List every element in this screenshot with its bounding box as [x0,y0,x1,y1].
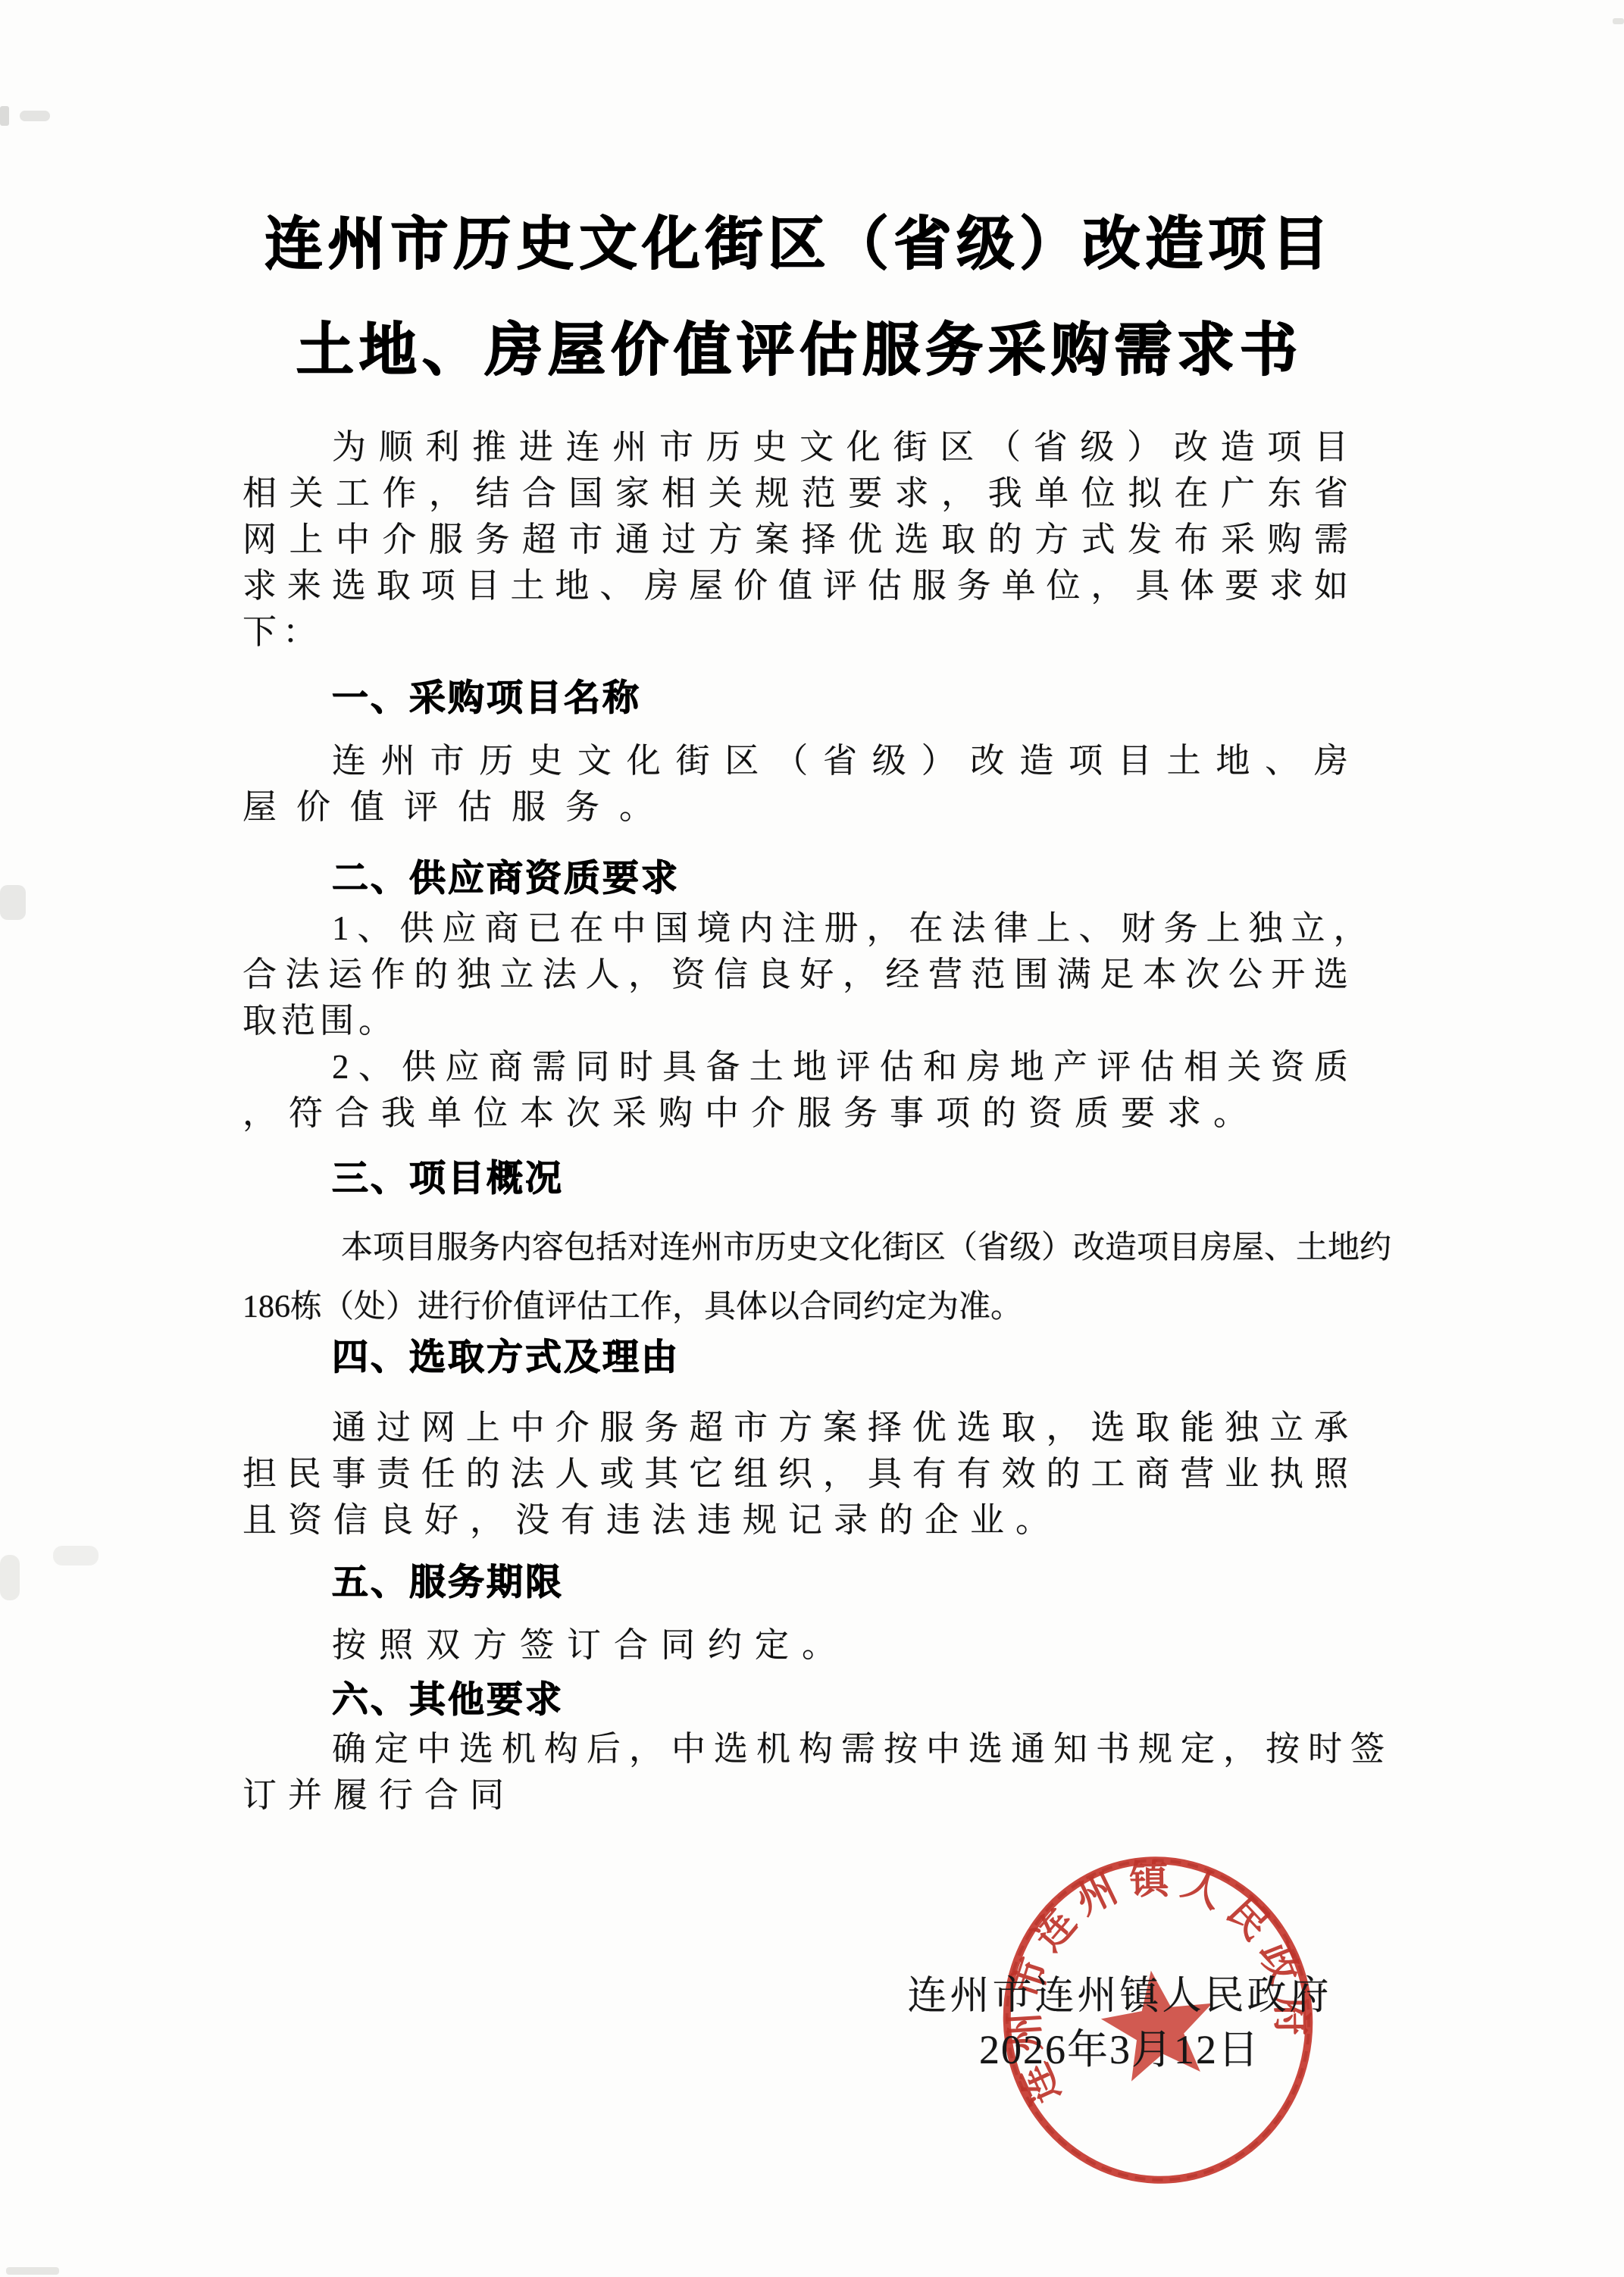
paragraph-line: 通过网上中介服务超市方案择优选取，选取能独立承 [243,1405,1356,1451]
signature-org: 连州市连州镇人民政府 [898,1973,1341,2020]
scan-artifact [53,1546,99,1565]
paragraph-line: 合法运作的独立法人，资信良好，经营范围满足本次公开选 [243,952,1356,998]
scan-artifact [0,1555,20,1600]
section-1-paragraph: 连州市历史文化街区（省级）改造项目土地、房 屋价值评估服务。 [243,738,1356,830]
scanned-document-page: 连州市历史文化街区（省级）改造项目 土地、房屋价值评估服务采购需求书 为顺利推进… [0,0,1624,2277]
section-heading-3: 三、项目概况 [332,1159,1356,1199]
scan-artifact [1613,18,1624,24]
scan-artifact [6,2267,59,2275]
paragraph-line: 担民事责任的法人或其它组织，具有有效的工商营业执照 [243,1451,1356,1497]
section-heading-2: 二、供应商资质要求 [332,859,1356,899]
section-heading-4: 四、选取方式及理由 [332,1338,1356,1378]
scan-artifact [0,106,9,126]
paragraph-line: 屋价值评估服务。 [243,784,1356,830]
paragraph-line: 本项目服务内容包括对连州市历史文化街区（省级）改造项目房屋、土地约 [243,1218,1379,1278]
section-5-paragraph: 按照双方签订合同约定。 [243,1622,1356,1669]
intro-paragraph: 为顺利推进连州市历史文化街区（省级）改造项目 相关工作，结合国家相关规范要求，我… [243,424,1356,655]
document-title-line2: 土地、房屋价值评估服务采购需求书 [243,321,1356,381]
section-4-paragraph: 通过网上中介服务超市方案择优选取，选取能独立承 担民事责任的法人或其它组织，具有… [243,1405,1356,1544]
paragraph-line: 186栋（处）进行价值评估工作，具体以合同约定为准。 [243,1278,1379,1337]
signature-block: 连州市连州镇人民政府 2026年3月12日 [898,1973,1341,2073]
paragraph-line: 订并履行合同 [243,1772,1356,1819]
paragraph-line: 相关工作，结合国家相关规范要求，我单位拟在广东省 [243,471,1356,517]
section-heading-5: 五、服务期限 [332,1563,1356,1603]
section-heading-6: 六、其他要求 [332,1681,1356,1720]
paragraph-line: 1、供应商已在中国境内注册，在法律上、财务上独立， [243,905,1356,952]
paragraph-line: 连州市历史文化街区（省级）改造项目土地、房 [243,738,1356,784]
paragraph-line: 取范围。 [243,998,1356,1044]
section-6-paragraph: 确定中选机构后，中选机构需按中选通知书规定，按时签 订并履行合同 [243,1726,1356,1819]
paragraph-line: 且资信良好，没有违法违规记录的企业。 [243,1497,1356,1544]
paragraph-line: 下： [243,609,1356,655]
section-heading-1: 一、采购项目名称 [332,679,1356,718]
paragraph-line: 确定中选机构后，中选机构需按中选通知书规定，按时签 [243,1726,1356,1772]
paragraph-line: 2、供应商需同时具备土地评估和房地产评估相关资质 [243,1044,1356,1090]
signature-date: 2026年3月12日 [898,2026,1341,2073]
document-title-line1: 连州市历史文化街区（省级）改造项目 [243,214,1356,275]
section-2-paragraph-2: 2、供应商需同时具备土地评估和房地产评估相关资质 ，符合我单位本次采购中介服务事… [243,1044,1356,1137]
paragraph-line: 求来选取项目土地、房屋价值评估服务单位，具体要求如 [243,563,1356,609]
paragraph-line: 网上中介服务超市通过方案择优选取的方式发布采购需 [243,517,1356,563]
paragraph-line: 按照双方签订合同约定。 [243,1622,1356,1669]
document-content: 连州市历史文化街区（省级）改造项目 土地、房屋价值评估服务采购需求书 为顺利推进… [243,0,1356,1819]
section-3-paragraph: 本项目服务内容包括对连州市历史文化街区（省级）改造项目房屋、土地约 186栋（处… [243,1218,1356,1337]
section-2-paragraph-1: 1、供应商已在中国境内注册，在法律上、财务上独立， 合法运作的独立法人，资信良好… [243,905,1356,1044]
scan-artifact [20,111,50,121]
scan-artifact [0,885,26,920]
paragraph-line: 为顺利推进连州市历史文化街区（省级）改造项目 [243,424,1356,471]
paragraph-line: ，符合我单位本次采购中介服务事项的资质要求。 [243,1090,1356,1137]
